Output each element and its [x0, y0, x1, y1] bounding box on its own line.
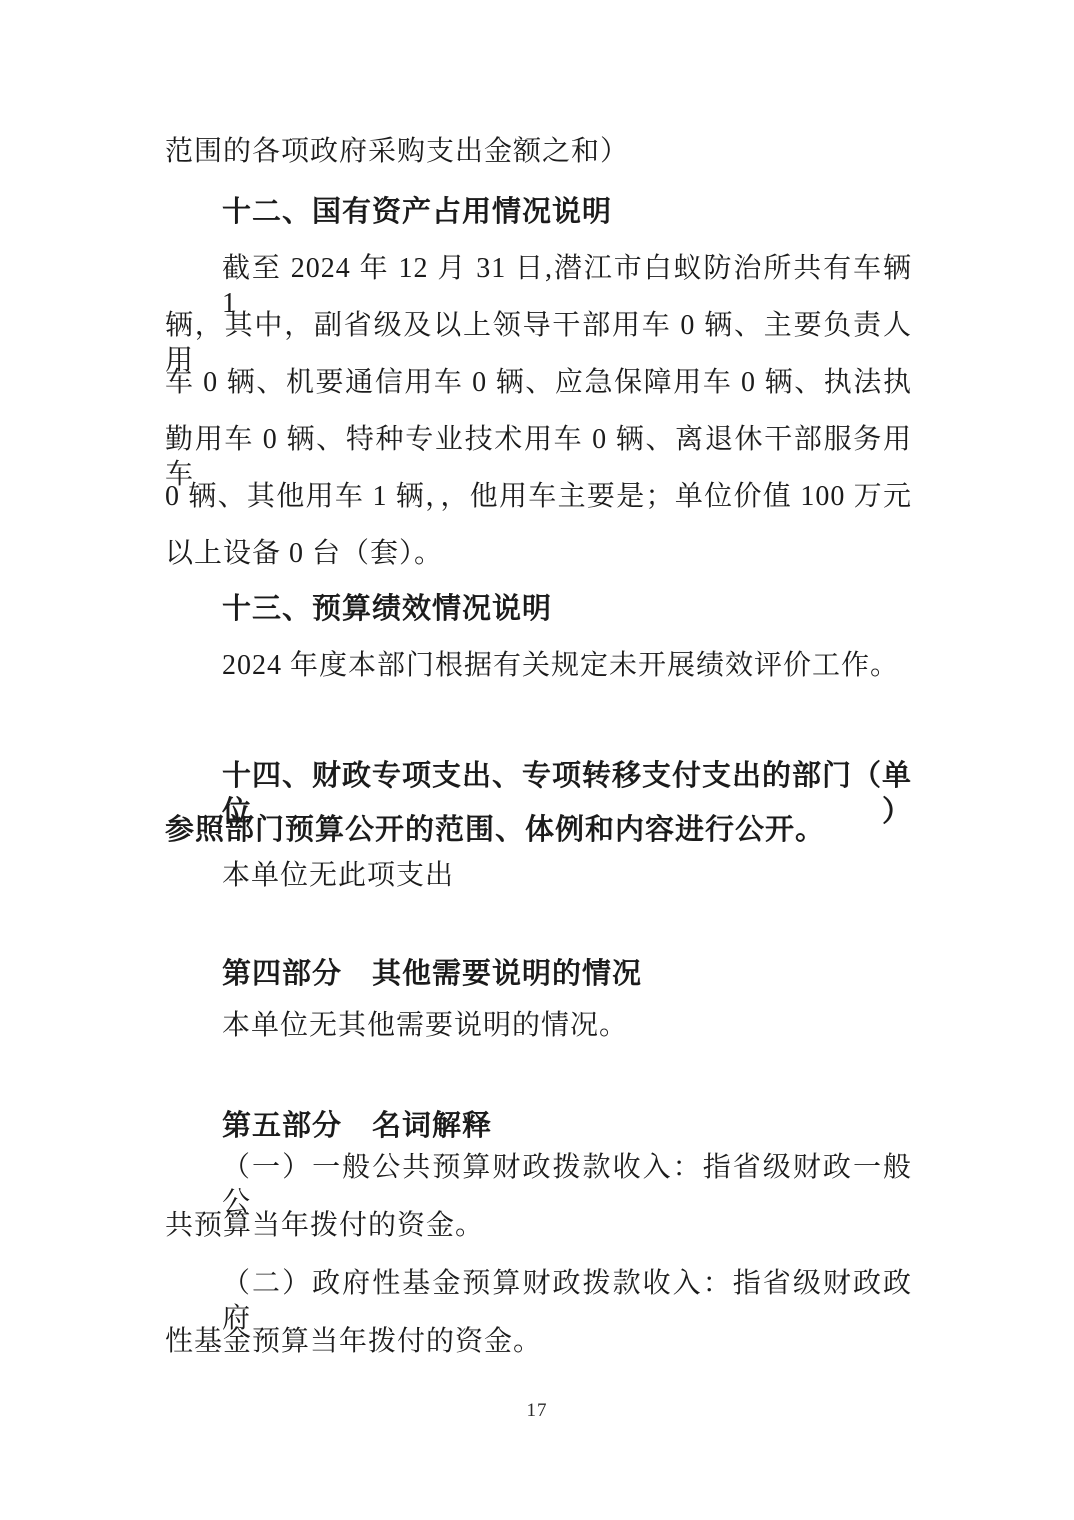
- document-page: 范围的各项政府采购支出金额之和） 十二、国有资产占用情况说明 截至 2024 年…: [0, 0, 1074, 1520]
- heading-section-13: 十三、预算绩效情况说明: [165, 591, 912, 627]
- heading-part-4: 第四部分 其他需要说明的情况: [165, 956, 912, 992]
- document-body: 范围的各项政府采购支出金额之和） 十二、国有资产占用情况说明 截至 2024 年…: [165, 0, 912, 1520]
- para-state-assets-line-6: 以上设备 0 台（套）。: [165, 536, 912, 571]
- page-number: 17: [0, 1400, 1074, 1422]
- heading-part-5: 第五部分 名词解释: [165, 1108, 912, 1144]
- para-term-2-line-2: 性基金预算当年拨付的资金。: [165, 1324, 912, 1359]
- para-state-assets-line-5: 0 辆、其他用车 1 辆，，他用车主要是；单位价值 100 万元: [165, 479, 912, 514]
- heading-section-14-line-2: 参照部门预算公开的范围、体例和内容进行公开。: [165, 812, 912, 848]
- para-no-other-matters: 本单位无其他需要说明的情况。: [165, 1008, 912, 1043]
- para-no-such-expenditure: 本单位无此项支出: [165, 858, 912, 893]
- para-performance-evaluation: 2024 年度本部门根据有关规定未开展绩效评价工作。: [165, 648, 912, 683]
- para-term-1-line-2: 共预算当年拨付的资金。: [165, 1208, 912, 1243]
- text-line-procurement-note-end: 范围的各项政府采购支出金额之和）: [165, 134, 912, 169]
- heading-section-12: 十二、国有资产占用情况说明: [165, 194, 912, 230]
- para-state-assets-line-3: 车 0 辆、机要通信用车 0 辆、应急保障用车 0 辆、执法执: [165, 365, 912, 400]
